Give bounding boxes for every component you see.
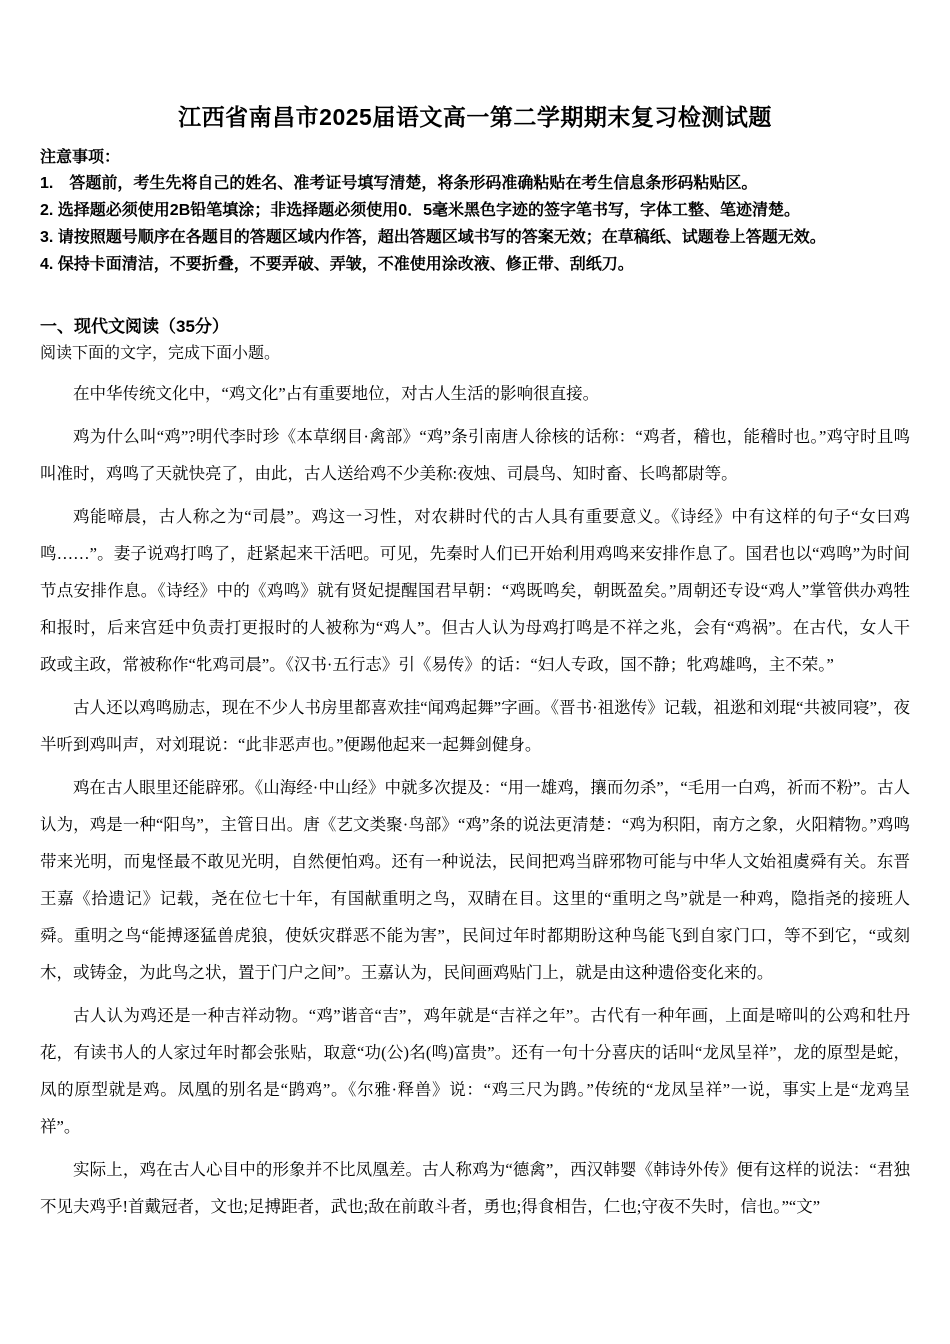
section-instruction: 阅读下面的文字，完成下面小题。: [40, 340, 910, 367]
notice-item-2: 2. 选择题必须使用2B铅笔填涂；非选择题必须使用0．5毫米黑色字迹的签字笔书写…: [40, 197, 910, 224]
passage-paragraph: 鸡能啼晨，古人称之为“司晨”。鸡这一习性，对农耕时代的古人具有重要意义。《诗经》…: [40, 498, 910, 683]
exam-paper-page: 江西省南昌市2025届语文高一第二学期期末复习检测试题 注意事项： 1. 答题前…: [0, 0, 950, 1344]
passage-paragraph: 古人还以鸡鸣励志，现在不少人书房里都喜欢挂“闻鸡起舞”字画。《晋书·祖逖传》记载…: [40, 689, 910, 763]
reading-passage: 在中华传统文化中，“鸡文化”占有重要地位，对古人生活的影响很直接。 鸡为什么叫“…: [40, 375, 910, 1225]
passage-paragraph: 鸡为什么叫“鸡”?明代李时珍《本草纲目·禽部》“鸡”条引南唐人徐核的话称：“鸡者…: [40, 418, 910, 492]
page-title: 江西省南昌市2025届语文高一第二学期期末复习检测试题: [40, 102, 910, 132]
notice-item-3: 3. 请按照题号顺序在各题目的答题区域内作答，超出答题区域书写的答案无效；在草稿…: [40, 224, 910, 251]
passage-paragraph: 在中华传统文化中，“鸡文化”占有重要地位，对古人生活的影响很直接。: [40, 375, 910, 412]
notice-section: 注意事项： 1. 答题前，考生先将自己的姓名、准考证号填写清楚，将条形码准确粘贴…: [40, 146, 910, 278]
notice-item-1: 1. 答题前，考生先将自己的姓名、准考证号填写清楚，将条形码准确粘贴在考生信息条…: [40, 170, 910, 197]
passage-paragraph: 鸡在古人眼里还能辟邪。《山海经·中山经》中就多次提及：“用一雄鸡，攘而勿杀”，“…: [40, 769, 910, 991]
passage-paragraph: 古人认为鸡还是一种吉祥动物。“鸡”谐音“吉”，鸡年就是“吉祥之年”。古代有一种年…: [40, 997, 910, 1145]
section-heading-modern-reading: 一、现代文阅读（35分）: [40, 314, 910, 340]
passage-paragraph: 实际上，鸡在古人心目中的形象并不比凤凰差。古人称鸡为“德禽”，西汉韩婴《韩诗外传…: [40, 1151, 910, 1225]
notice-heading: 注意事项：: [40, 146, 910, 170]
notice-item-4: 4. 保持卡面清洁，不要折叠，不要弄破、弄皱，不准使用涂改液、修正带、刮纸刀。: [40, 251, 910, 278]
